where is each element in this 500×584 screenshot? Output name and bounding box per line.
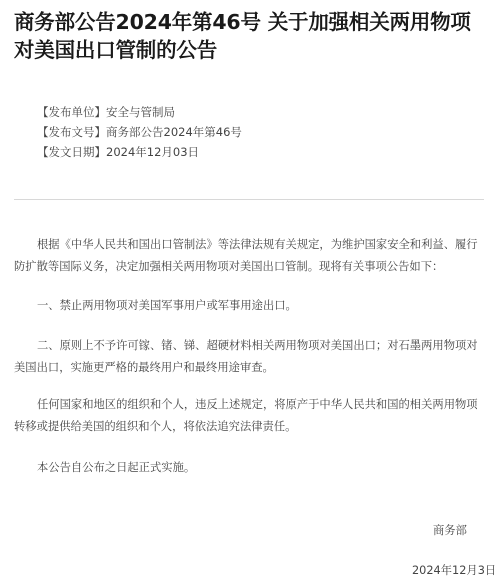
list-item-2: 二、原则上不予许可镓、锗、锑、超硬材料相关两用物项对美国出口；对石墨两用物项对美… bbox=[14, 335, 486, 378]
announcement-title: 商务部公告2024年第46号 关于加强相关两用物项 对美国出口管制的公告 bbox=[14, 8, 490, 64]
list-item-1: 一、禁止两用物项对美国军事用户或军事用途出口。 bbox=[14, 295, 486, 317]
document-metadata: 【发布单位】安全与管制局 【发布文号】商务部公告2024年第46号 【发文日期】… bbox=[37, 102, 242, 162]
section-divider bbox=[14, 199, 484, 200]
signature-issuer: 商务部 bbox=[433, 522, 467, 538]
title-line-2: 对美国出口管制的公告 bbox=[14, 36, 490, 64]
meta-doc-number: 【发布文号】商务部公告2024年第46号 bbox=[37, 122, 242, 142]
meta-date-value: 2024年12月03日 bbox=[106, 145, 199, 159]
paragraph-effective-date: 本公告自公布之日起正式实施。 bbox=[14, 457, 486, 479]
meta-issuer-label: 【发布单位】 bbox=[37, 105, 106, 119]
meta-date: 【发文日期】2024年12月03日 bbox=[37, 142, 242, 162]
title-line-1: 商务部公告2024年第46号 关于加强相关两用物项 bbox=[14, 8, 490, 36]
meta-issuer: 【发布单位】安全与管制局 bbox=[37, 102, 242, 122]
meta-doc-number-label: 【发布文号】 bbox=[37, 125, 106, 139]
meta-doc-number-value: 商务部公告2024年第46号 bbox=[106, 125, 242, 139]
meta-issuer-value: 安全与管制局 bbox=[106, 105, 175, 119]
paragraph-intro: 根据《中华人民共和国出口管制法》等法律法规有关规定，为维护国家安全和利益、履行防… bbox=[14, 234, 486, 277]
meta-date-label: 【发文日期】 bbox=[37, 145, 106, 159]
signature-date: 2024年12月3日 bbox=[412, 562, 496, 578]
paragraph-liability: 任何国家和地区的组织和个人，违反上述规定，将原产于中华人民共和国的相关两用物项转… bbox=[14, 394, 486, 437]
